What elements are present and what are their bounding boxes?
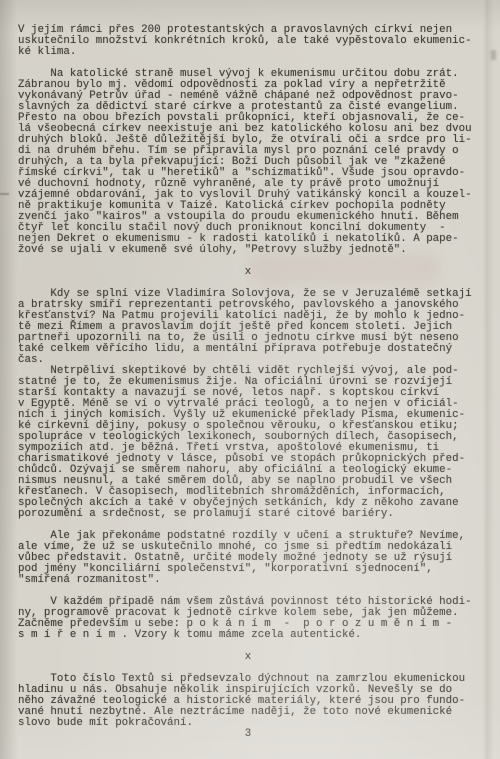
paragraph: Toto číslo Textů si předsevzalo dýchnout… xyxy=(18,674,478,729)
text-line: také celkem věřícího lidu, a mentální př… xyxy=(18,344,478,355)
text-line: uskutečnilo množství konkrétních kroků, … xyxy=(18,36,478,47)
right-edge-mark xyxy=(491,50,496,60)
paragraph: Netrpěliví skeptikové by chtěli vidět ry… xyxy=(18,366,478,520)
paragraph: Na katolické straně musel vývoj k ekumen… xyxy=(18,69,478,256)
paragraph: Kdy se splní vize Vladimíra Solovjova, ž… xyxy=(18,289,478,366)
left-edge-mark xyxy=(0,193,9,195)
scanned-document-page: V jejím rámci přes 200 protestantských a… xyxy=(0,0,500,759)
paragraph: V jejím rámci přes 200 protestantských a… xyxy=(18,25,478,58)
text-line: porozumění a srdečnost, se prolamují sta… xyxy=(18,509,478,520)
text-line: žové se ujali v ekumeně své úlohy, "Petr… xyxy=(18,245,478,256)
paragraph: Ale jak překonáme podstatné rozdíly v uč… xyxy=(18,531,478,586)
text-line: ké klima. xyxy=(18,47,478,58)
section-separator: x xyxy=(18,267,478,278)
text-line: s m í ř e n í m . Vzory k tomu máme zcel… xyxy=(18,630,478,641)
page-number: 3 xyxy=(18,729,478,740)
section-separator: x xyxy=(18,652,478,663)
paragraph: V každém případě nám všem zůstává povinn… xyxy=(18,597,478,641)
typewritten-text: V jejím rámci přes 200 protestantských a… xyxy=(18,25,478,740)
text-line: "smířená rozmanitost". xyxy=(18,575,478,586)
